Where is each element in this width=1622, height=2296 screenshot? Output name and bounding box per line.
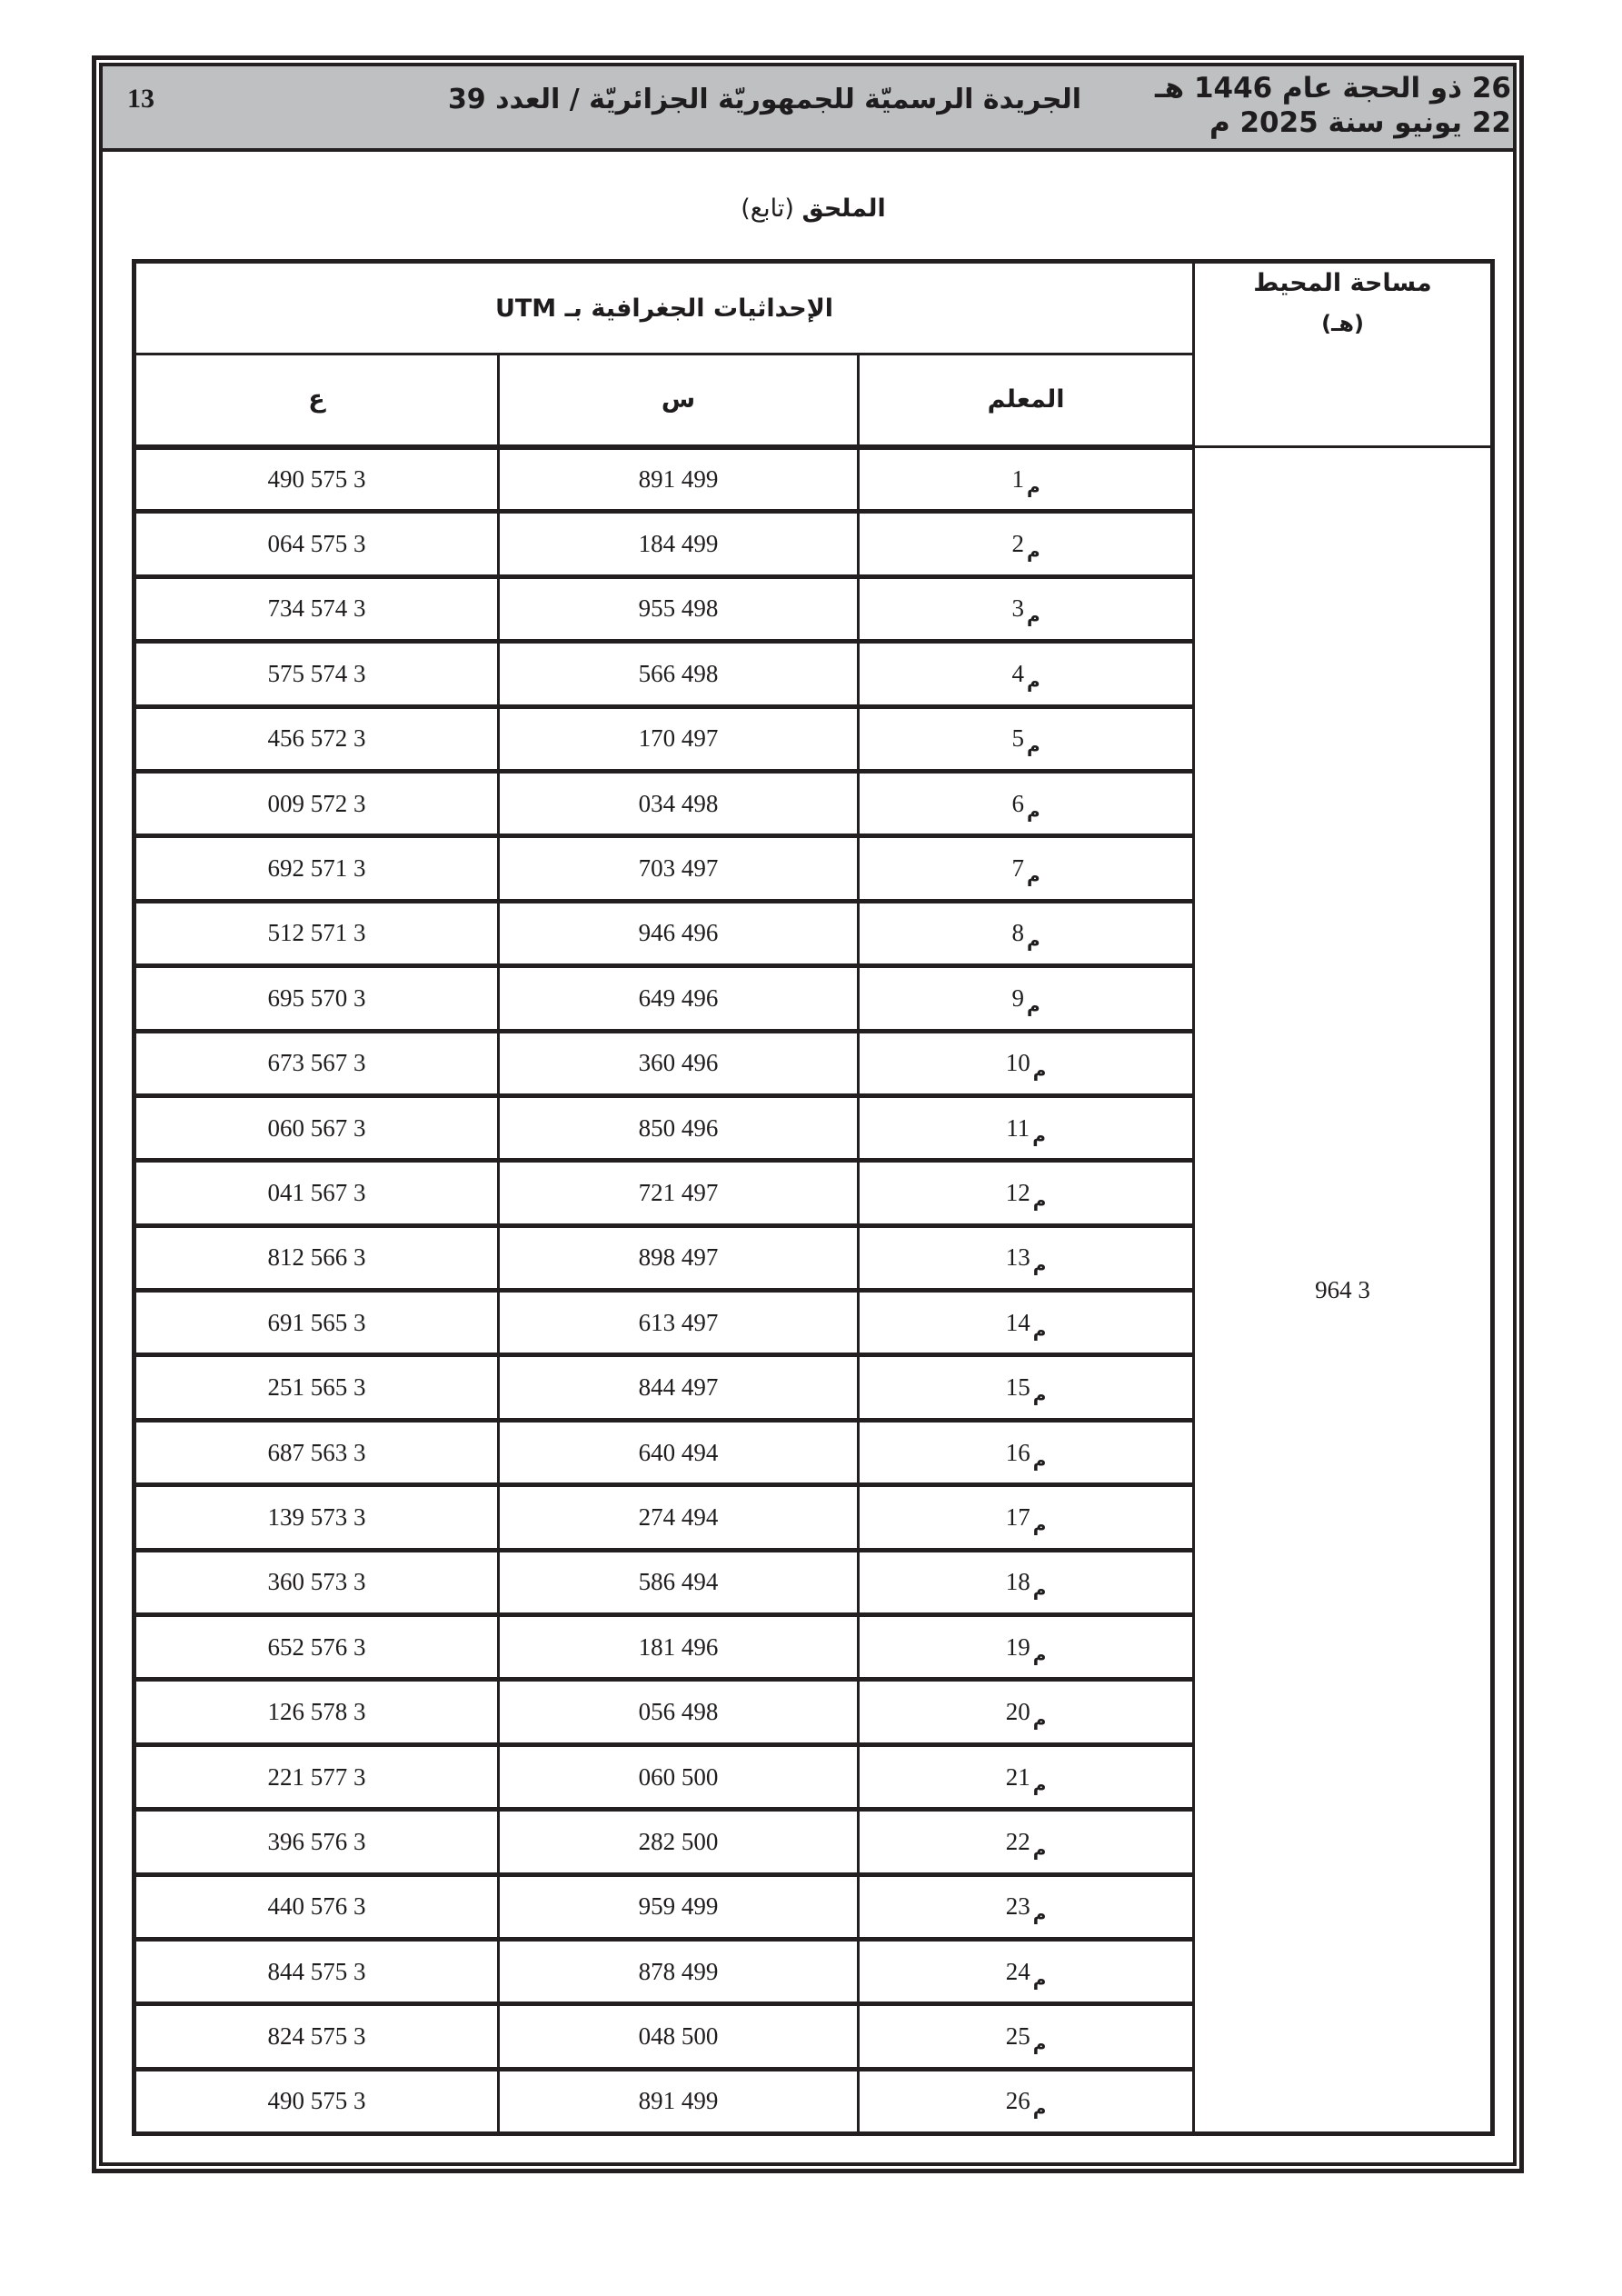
- x-coordinate-cell: 496 946: [499, 901, 859, 965]
- x-coordinate-cell: 497 844: [499, 1355, 859, 1420]
- x-coordinate-cell: 499 959: [499, 1874, 859, 1939]
- x-coordinate-cell: 499 878: [499, 1939, 859, 2003]
- y-coordinate-cell: 3 565 251: [134, 1355, 499, 1420]
- y-coordinate-cell: 3 576 396: [134, 1810, 499, 1874]
- point-cell: م19: [859, 1615, 1194, 1680]
- point-prefix: م: [1033, 1773, 1047, 1795]
- point-number: 12: [1006, 1179, 1030, 1206]
- point-cell: م12: [859, 1161, 1194, 1225]
- x-coordinate-cell: 499 184: [499, 512, 859, 576]
- point-number: 6: [1011, 790, 1024, 817]
- point-cell: م26: [859, 2069, 1194, 2133]
- page-number: 13: [127, 84, 154, 115]
- point-cell: م8: [859, 901, 1194, 965]
- point-prefix: م: [1033, 1383, 1047, 1405]
- point-number: 8: [1011, 919, 1024, 946]
- point-prefix: م: [1033, 1578, 1047, 1600]
- utm-coordinates-header: الإحداثيات الجغرافية بـ UTM: [134, 262, 1194, 354]
- point-number: 3: [1011, 594, 1024, 622]
- point-number: 20: [1006, 1698, 1030, 1725]
- x-column-header: س: [499, 354, 859, 447]
- point-number: 7: [1011, 854, 1024, 882]
- point-cell: م17: [859, 1485, 1194, 1550]
- point-cell: م3: [859, 576, 1194, 641]
- date-hijri: 26 ذو الحجة عام 1446 هـ: [1155, 71, 1511, 105]
- point-number: 2: [1011, 530, 1024, 557]
- y-coordinate-cell: 3 573 139: [134, 1485, 499, 1550]
- point-number: 9: [1011, 984, 1024, 1012]
- y-coordinate-cell: 3 575 844: [134, 1939, 499, 2003]
- x-coordinate-cell: 498 056: [499, 1680, 859, 1744]
- y-coordinate-cell: 3 570 695: [134, 966, 499, 1031]
- point-cell: م14: [859, 1291, 1194, 1355]
- point-column-header: المعلم: [859, 354, 1194, 447]
- point-prefix: م: [1033, 1708, 1047, 1730]
- x-coordinate-cell: 500 060: [499, 1744, 859, 1809]
- y-coordinate-cell: 3 571 512: [134, 901, 499, 965]
- x-coordinate-cell: 500 282: [499, 1810, 859, 1874]
- point-prefix: م: [1027, 929, 1040, 951]
- x-coordinate-cell: 497 721: [499, 1161, 859, 1225]
- point-number: 25: [1006, 2022, 1030, 2050]
- point-prefix: م: [1027, 864, 1040, 886]
- point-prefix: م: [1027, 604, 1040, 626]
- point-prefix: م: [1033, 1189, 1047, 1211]
- y-coordinate-cell: 3 567 060: [134, 1095, 499, 1160]
- x-coordinate-cell: 500 048: [499, 2004, 859, 2069]
- point-prefix: م: [1033, 1643, 1047, 1665]
- x-coordinate-cell: 496 649: [499, 966, 859, 1031]
- point-cell: م13: [859, 1225, 1194, 1290]
- point-prefix: م: [1033, 1968, 1047, 1990]
- point-number: 14: [1006, 1309, 1030, 1336]
- coordinates-table: مساحة المحيط (هـ) الإحداثيات الجغرافية ب…: [132, 259, 1495, 2136]
- point-cell: م18: [859, 1550, 1194, 1614]
- y-coordinate-cell: 3 563 687: [134, 1420, 499, 1484]
- point-cell: م22: [859, 1810, 1194, 1874]
- point-cell: م16: [859, 1420, 1194, 1484]
- y-coordinate-cell: 3 575 824: [134, 2004, 499, 2069]
- y-coordinate-cell: 3 574 575: [134, 642, 499, 706]
- y-coordinate-cell: 3 575 490: [134, 447, 499, 512]
- point-prefix: م: [1033, 1059, 1047, 1081]
- point-cell: م23: [859, 1874, 1194, 1939]
- point-number: 10: [1006, 1049, 1030, 1076]
- y-coordinate-cell: 3 577 221: [134, 1744, 499, 1809]
- x-coordinate-cell: 498 034: [499, 771, 859, 835]
- x-coordinate-cell: 494 586: [499, 1550, 859, 1614]
- x-coordinate-cell: 497 170: [499, 706, 859, 771]
- point-number: 13: [1006, 1243, 1030, 1271]
- point-prefix: م: [1033, 1513, 1047, 1535]
- section-title-continued: (تابع): [741, 195, 794, 223]
- point-cell: م4: [859, 642, 1194, 706]
- y-coordinate-cell: 3 572 456: [134, 706, 499, 771]
- x-coordinate-cell: 496 360: [499, 1031, 859, 1095]
- point-cell: م24: [859, 1939, 1194, 2003]
- point-number: 16: [1006, 1439, 1030, 1466]
- y-coordinate-cell: 3 567 041: [134, 1161, 499, 1225]
- point-prefix: م: [1032, 1124, 1046, 1146]
- point-number: 11: [1006, 1114, 1030, 1142]
- point-number: 21: [1006, 1763, 1030, 1791]
- point-cell: م9: [859, 966, 1194, 1031]
- journal-title: الجريدة الرسميّة للجمهوريّة الجزائريّة /…: [479, 84, 1081, 115]
- x-coordinate-cell: 494 640: [499, 1420, 859, 1484]
- date-gregorian: 22 يونيو سنة 2025 م: [1155, 105, 1511, 140]
- y-coordinate-cell: 3 575 490: [134, 2069, 499, 2133]
- section-title-main: الملحق: [801, 195, 885, 223]
- point-number: 5: [1011, 724, 1024, 752]
- point-cell: م1: [859, 447, 1194, 512]
- x-coordinate-cell: 499 891: [499, 447, 859, 512]
- point-cell: م2: [859, 512, 1194, 576]
- x-coordinate-cell: 498 955: [499, 576, 859, 641]
- point-cell: م5: [859, 706, 1194, 771]
- point-cell: م15: [859, 1355, 1194, 1420]
- point-cell: م6: [859, 771, 1194, 835]
- point-prefix: م: [1033, 2097, 1047, 2119]
- point-prefix: م: [1027, 475, 1040, 497]
- point-number: 19: [1006, 1633, 1030, 1661]
- y-coordinate-cell: 3 571 692: [134, 836, 499, 901]
- point-prefix: م: [1033, 1838, 1047, 1860]
- point-number: 24: [1006, 1958, 1030, 1985]
- y-coordinate-cell: 3 578 126: [134, 1680, 499, 1744]
- section-title: الملحق (تابع): [636, 195, 990, 223]
- issue-date: 26 ذو الحجة عام 1446 هـ 22 يونيو سنة 202…: [1155, 71, 1511, 140]
- point-number: 4: [1011, 660, 1024, 687]
- table-body: 3 964م1499 8913 575 490م2499 1843 575 06…: [134, 447, 1493, 2134]
- point-cell: م21: [859, 1744, 1194, 1809]
- y-coordinate-cell: 3 576 652: [134, 1615, 499, 1680]
- x-coordinate-cell: 498 566: [499, 642, 859, 706]
- point-number: 17: [1006, 1503, 1030, 1531]
- y-coordinate-cell: 3 575 064: [134, 512, 499, 576]
- x-coordinate-cell: 499 891: [499, 2069, 859, 2133]
- point-number: 15: [1006, 1373, 1030, 1401]
- y-coordinate-cell: 3 576 440: [134, 1874, 499, 1939]
- y-coordinate-cell: 3 572 009: [134, 771, 499, 835]
- y-coordinate-cell: 3 566 812: [134, 1225, 499, 1290]
- point-number: 18: [1006, 1568, 1030, 1595]
- area-header-label: مساحة المحيط: [1195, 264, 1490, 304]
- area-column-header: مساحة المحيط (هـ): [1194, 262, 1493, 447]
- point-cell: م10: [859, 1031, 1194, 1095]
- point-prefix: م: [1027, 540, 1040, 562]
- x-coordinate-cell: 497 898: [499, 1225, 859, 1290]
- point-number: 22: [1006, 1828, 1030, 1855]
- y-coordinate-cell: 3 565 691: [134, 1291, 499, 1355]
- y-coordinate-cell: 3 567 673: [134, 1031, 499, 1095]
- x-coordinate-cell: 494 274: [499, 1485, 859, 1550]
- y-coordinate-cell: 3 574 734: [134, 576, 499, 641]
- table-row: 3 964م1499 8913 575 490: [134, 447, 1493, 512]
- point-prefix: م: [1027, 800, 1040, 822]
- point-prefix: م: [1033, 1319, 1047, 1341]
- point-prefix: م: [1033, 1902, 1047, 1924]
- point-cell: م11: [859, 1095, 1194, 1160]
- y-column-header: ع: [134, 354, 499, 447]
- point-number: 23: [1006, 1892, 1030, 1920]
- point-cell: م20: [859, 1680, 1194, 1744]
- y-coordinate-cell: 3 573 360: [134, 1550, 499, 1614]
- x-coordinate-cell: 496 181: [499, 1615, 859, 1680]
- point-prefix: م: [1027, 994, 1040, 1016]
- area-value: 3 964: [1194, 447, 1493, 2134]
- point-number: 1: [1011, 465, 1024, 493]
- point-prefix: م: [1027, 670, 1040, 692]
- x-coordinate-cell: 496 850: [499, 1095, 859, 1160]
- point-cell: م25: [859, 2004, 1194, 2069]
- point-cell: م7: [859, 836, 1194, 901]
- point-prefix: م: [1033, 1449, 1047, 1471]
- x-coordinate-cell: 497 703: [499, 836, 859, 901]
- x-coordinate-cell: 497 613: [499, 1291, 859, 1355]
- area-unit-label: (هـ): [1195, 304, 1490, 344]
- point-prefix: م: [1033, 1253, 1047, 1275]
- point-number: 26: [1006, 2087, 1030, 2114]
- point-prefix: م: [1033, 2032, 1047, 2054]
- point-prefix: م: [1027, 734, 1040, 756]
